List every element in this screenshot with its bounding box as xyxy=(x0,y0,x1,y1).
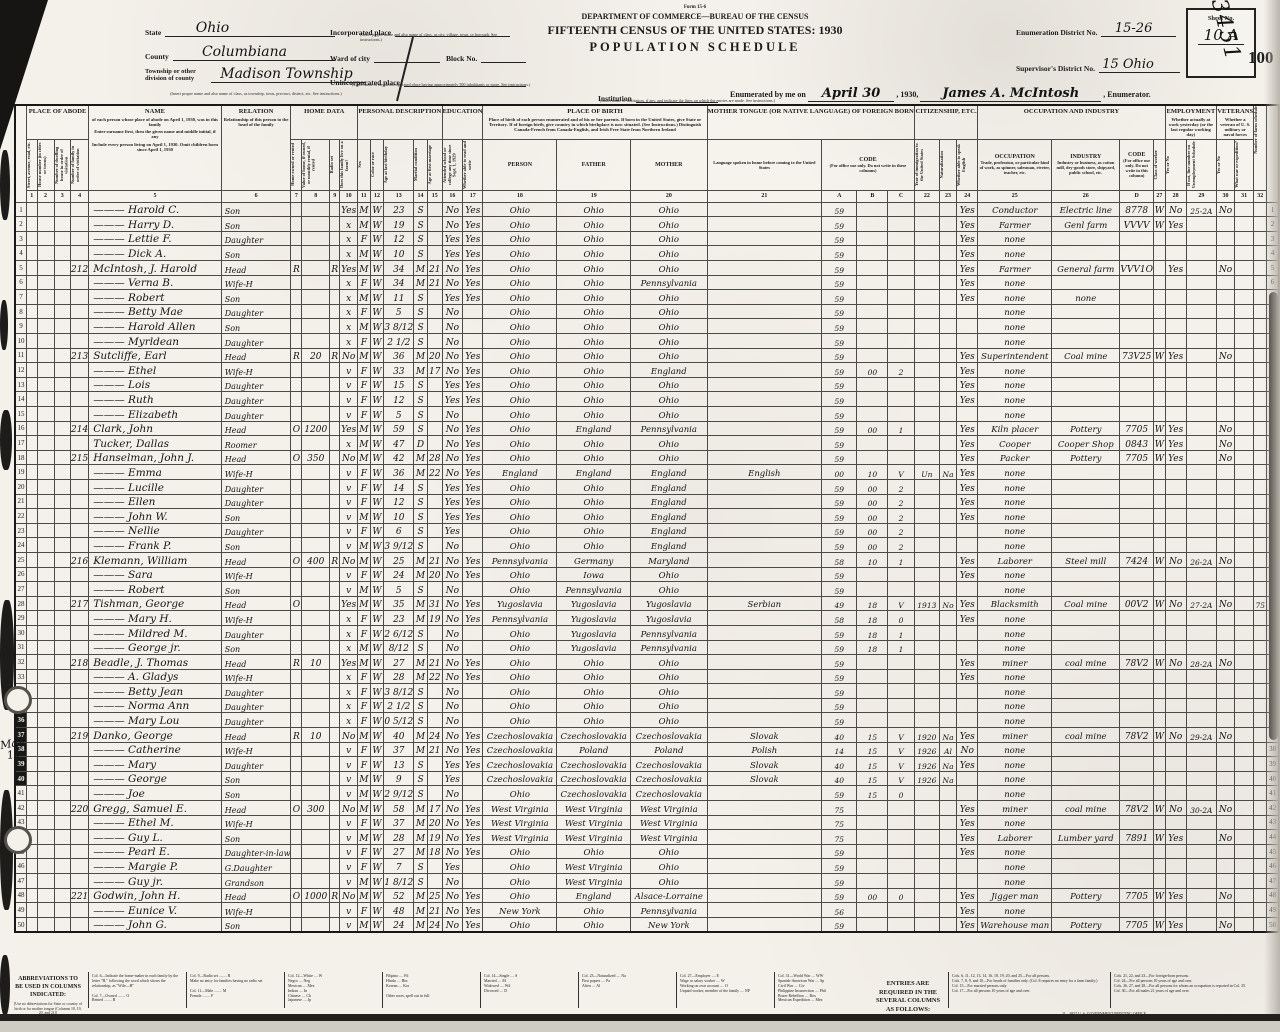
cell-at-work xyxy=(1165,479,1186,494)
cell-language xyxy=(707,523,822,538)
cell-sex: M xyxy=(357,771,370,786)
cell-age-married: 24 xyxy=(427,728,442,743)
census-title: FIFTEENTH CENSUS OF THE UNITED STATES: 1… xyxy=(470,23,920,38)
cell-sex: F xyxy=(357,231,370,246)
cell-home-value xyxy=(302,290,330,305)
cell-war xyxy=(1234,567,1253,582)
cell-marital-condition: M xyxy=(414,742,428,757)
cell-at-work xyxy=(1165,582,1186,597)
cell-birthplace: Ohio xyxy=(483,319,557,334)
cell-age: 36 xyxy=(384,348,414,363)
cell-code-a: 59 xyxy=(822,917,857,932)
cell-industry xyxy=(1052,407,1120,422)
cell-occupation-code: 00V2 xyxy=(1120,596,1154,611)
cell-read-write xyxy=(463,334,483,349)
cell-speaks-english xyxy=(957,859,978,874)
cell-language xyxy=(707,261,822,276)
cell-age: 15 xyxy=(384,377,414,392)
cell-line-number: 28 xyxy=(15,596,26,611)
table-row: 31——— George jr.SonxMW8/12SNoOhioYugosla… xyxy=(15,640,1279,655)
table-row: 43——— Ethel M.Wife-HvFW37M20NoYesWest Vi… xyxy=(15,815,1279,830)
column-number: C xyxy=(888,190,914,202)
cell-owned-rented xyxy=(291,304,302,319)
cell-immigration-year xyxy=(914,348,939,363)
cell-family-number xyxy=(71,625,89,640)
cell-speaks-english: Yes xyxy=(957,465,978,480)
cell-code-a: 59 xyxy=(822,859,857,874)
cell-veteran xyxy=(1217,742,1235,757)
cell-owned-rented xyxy=(291,436,302,451)
cell-occupation-code: 73V25 xyxy=(1120,348,1154,363)
cell-line-number: 14 xyxy=(15,392,26,407)
cell-color-race: W xyxy=(370,786,384,801)
cell-unemployment-line xyxy=(1186,231,1216,246)
scan-edge-shadow xyxy=(1264,0,1280,1032)
cell-marital-condition: S xyxy=(414,771,428,786)
cell-age: 35 xyxy=(384,596,414,611)
cell-veteran: No xyxy=(1217,450,1235,465)
cell-family-number: 220 xyxy=(71,801,89,816)
cell-farm: v xyxy=(340,757,358,772)
enumeration-district-field: Enumeration District No. 15-26 xyxy=(1016,22,1176,37)
cell-house-number xyxy=(37,625,54,640)
cell-color-race: W xyxy=(370,479,384,494)
cell-naturalization xyxy=(939,509,956,524)
cell-industry xyxy=(1052,874,1120,889)
cell-street xyxy=(26,713,37,728)
cell-owned-rented xyxy=(291,684,302,699)
cell-home-value xyxy=(302,392,330,407)
cell-code-c xyxy=(888,567,914,582)
column-header: Whether able to read and write xyxy=(463,139,483,190)
cell-occupation: Blacksmith xyxy=(978,596,1052,611)
cell-street xyxy=(26,392,37,407)
cell-father-birthplace: Ohio xyxy=(557,217,631,232)
cell-age-married xyxy=(427,757,442,772)
cell-occupation-code: 78V2 xyxy=(1120,655,1154,670)
cell-mother-birthplace: Ohio xyxy=(631,261,707,276)
cell-house-number xyxy=(37,392,54,407)
cell-unemployment-line xyxy=(1186,669,1216,684)
cell-radio-set: R xyxy=(330,552,340,567)
cell-mother-birthplace: Poland xyxy=(631,742,707,757)
cell-owned-rented xyxy=(291,815,302,830)
cell-code-c: V xyxy=(888,757,914,772)
cell-read-write xyxy=(463,859,483,874)
cell-at-work: Yes xyxy=(1165,888,1186,903)
cell-father-birthplace: Ohio xyxy=(557,392,631,407)
cell-owned-rented: R xyxy=(291,261,302,276)
cell-farm: Yes xyxy=(340,655,358,670)
cell-house-number xyxy=(37,231,54,246)
cell-war xyxy=(1234,407,1253,422)
cell-read-write xyxy=(463,319,483,334)
cell-naturalization xyxy=(939,479,956,494)
cell-birthplace: West Virginia xyxy=(483,801,557,816)
cell-age-married xyxy=(427,407,442,422)
cell-line-number: 41 xyxy=(15,786,26,801)
cell-naturalization xyxy=(939,567,956,582)
cell-relation: Daughter xyxy=(221,231,291,246)
cell-code-a: 59 xyxy=(822,669,857,684)
cell-age: 42 xyxy=(384,450,414,465)
cell-code-b: 00 xyxy=(857,494,888,509)
cell-speaks-english xyxy=(957,334,978,349)
cell-war xyxy=(1234,334,1253,349)
table-row: 39——— MaryDaughtervFW13SYesYesCzechoslov… xyxy=(15,757,1279,772)
column-header: Class of worker xyxy=(1153,139,1165,190)
cell-occupation-code xyxy=(1120,231,1154,246)
cell-attended-school: No xyxy=(442,275,462,290)
cell-read-write xyxy=(463,698,483,713)
cell-unemployment-line: 28-2A xyxy=(1186,655,1216,670)
cell-code-b xyxy=(857,407,888,422)
cell-occupation-code xyxy=(1120,815,1154,830)
cell-occupation: Cooper xyxy=(978,436,1052,451)
cell-home-value xyxy=(302,625,330,640)
cell-mother-birthplace: Ohio xyxy=(631,844,707,859)
cell-marital-condition: S xyxy=(414,392,428,407)
cell-speaks-english xyxy=(957,771,978,786)
column-number: 13 xyxy=(384,190,414,202)
table-row: 44——— Guy L.SonvMW28M19NoYesWest Virgini… xyxy=(15,830,1279,845)
cell-code-b: 15 xyxy=(857,742,888,757)
cell-occupation: none xyxy=(978,523,1052,538)
cell-age-married xyxy=(427,684,442,699)
cell-naturalization xyxy=(939,494,956,509)
cell-street xyxy=(26,479,37,494)
cell-dwelling-number xyxy=(54,655,71,670)
cell-dwelling-number xyxy=(54,450,71,465)
cell-age: 37 xyxy=(384,815,414,830)
cell-owned-rented: O xyxy=(291,421,302,436)
cell-age-married xyxy=(427,290,442,305)
cell-speaks-english xyxy=(957,582,978,597)
cell-code-b xyxy=(857,903,888,918)
cell-dwelling-number xyxy=(54,523,71,538)
cell-name: ——— Mary Lou xyxy=(89,713,222,728)
cell-street xyxy=(26,246,37,261)
cell-sex: M xyxy=(357,436,370,451)
cell-read-write: Yes xyxy=(463,231,483,246)
cell-father-birthplace: Ohio xyxy=(557,479,631,494)
cell-radio-set xyxy=(330,625,340,640)
cell-marital-condition: S xyxy=(414,334,428,349)
cell-sex: F xyxy=(357,377,370,392)
cell-attended-school: Yes xyxy=(442,859,462,874)
cell-read-write: Yes xyxy=(463,465,483,480)
cell-father-birthplace: Ohio xyxy=(557,231,631,246)
abbreviation-column: Col. 9—Radio set ........ RMake no entry… xyxy=(186,972,280,1008)
cell-farm: x xyxy=(340,713,358,728)
cell-name: ——— Lois xyxy=(89,377,222,392)
cell-mother-birthplace: Ohio xyxy=(631,713,707,728)
column-number: 14 xyxy=(414,190,428,202)
cell-attended-school: Yes xyxy=(442,231,462,246)
cell-war xyxy=(1234,479,1253,494)
cell-dwelling-number xyxy=(54,625,71,640)
cell-at-work: Yes xyxy=(1165,917,1186,932)
cell-occupation-code xyxy=(1120,771,1154,786)
cell-worker-class xyxy=(1153,567,1165,582)
cell-industry xyxy=(1052,786,1120,801)
cell-unemployment-line xyxy=(1186,392,1216,407)
cell-worker-class xyxy=(1153,290,1165,305)
cell-house-number xyxy=(37,582,54,597)
cell-age: 24 xyxy=(384,567,414,582)
cell-language xyxy=(707,392,822,407)
cell-birthplace: West Virginia xyxy=(483,815,557,830)
cell-owned-rented xyxy=(291,231,302,246)
cell-veteran xyxy=(1217,290,1235,305)
cell-mother-birthplace: Pennsylvania xyxy=(631,640,707,655)
cell-dwelling-number xyxy=(54,348,71,363)
cell-attended-school: No xyxy=(442,202,462,217)
cell-radio-set xyxy=(330,801,340,816)
cell-owned-rented xyxy=(291,334,302,349)
cell-age-married xyxy=(427,713,442,728)
cell-birthplace: England xyxy=(483,465,557,480)
cell-color-race: W xyxy=(370,407,384,422)
cell-marital-condition: M xyxy=(414,596,428,611)
cell-code-b xyxy=(857,246,888,261)
cell-family-number xyxy=(71,436,89,451)
cell-code-b: 00 xyxy=(857,538,888,553)
cell-farm: v xyxy=(340,538,358,553)
cell-naturalization: Na xyxy=(939,728,956,743)
cell-sex: F xyxy=(357,684,370,699)
cell-attended-school: No xyxy=(442,436,462,451)
cell-house-number xyxy=(37,217,54,232)
cell-sex: M xyxy=(357,246,370,261)
cell-unemployment-line xyxy=(1186,275,1216,290)
cell-farm: No xyxy=(340,728,358,743)
cell-name: ——— Eunice V. xyxy=(89,903,222,918)
cell-home-value xyxy=(302,377,330,392)
cell-language xyxy=(707,202,822,217)
cell-radio-set xyxy=(330,698,340,713)
cell-age-married: 20 xyxy=(427,567,442,582)
cell-read-write: Yes xyxy=(463,844,483,859)
cell-birthplace: Ohio xyxy=(483,348,557,363)
cell-mother-birthplace: England xyxy=(631,538,707,553)
cell-code-a: 59 xyxy=(822,275,857,290)
cell-line-number: 27 xyxy=(15,582,26,597)
cell-code-c xyxy=(888,202,914,217)
cell-immigration-year xyxy=(914,655,939,670)
cell-code-c xyxy=(888,407,914,422)
cell-dwelling-number xyxy=(54,874,71,889)
cell-speaks-english: Yes xyxy=(957,363,978,378)
cell-color-race: W xyxy=(370,436,384,451)
cell-father-birthplace: Czechoslovakia xyxy=(557,728,631,743)
column-number: 8 xyxy=(302,190,330,202)
cell-line-number: 49 xyxy=(15,903,26,918)
cell-code-a: 59 xyxy=(822,655,857,670)
cell-code-b: 00 xyxy=(857,888,888,903)
column-number: 17 xyxy=(463,190,483,202)
cell-farm: v xyxy=(340,917,358,932)
cell-industry: Pottery xyxy=(1052,888,1120,903)
cell-immigration-year xyxy=(914,640,939,655)
cell-occupation: none xyxy=(978,407,1052,422)
cell-name: ——— Ruth xyxy=(89,392,222,407)
cell-owned-rented: R xyxy=(291,348,302,363)
cell-color-race: W xyxy=(370,377,384,392)
cell-naturalization xyxy=(939,874,956,889)
cell-read-write: Yes xyxy=(463,801,483,816)
cell-code-a: 59 xyxy=(822,684,857,699)
cell-veteran xyxy=(1217,392,1235,407)
cell-mother-birthplace: England xyxy=(631,523,707,538)
cell-worker-class: W xyxy=(1153,450,1165,465)
cell-family-number xyxy=(71,786,89,801)
cell-farm: v xyxy=(340,582,358,597)
cell-house-number xyxy=(37,363,54,378)
column-number: 3 xyxy=(54,190,71,202)
cell-family-number xyxy=(71,319,89,334)
cell-dwelling-number xyxy=(54,231,71,246)
cell-name: ——— Harold Allen xyxy=(89,319,222,334)
cell-farm: v xyxy=(340,771,358,786)
cell-sex: F xyxy=(357,757,370,772)
cell-code-a: 59 xyxy=(822,304,857,319)
cell-industry xyxy=(1052,698,1120,713)
cell-code-a: 59 xyxy=(822,392,857,407)
cell-birthplace: Ohio xyxy=(483,450,557,465)
cell-code-a: 40 xyxy=(822,771,857,786)
cell-code-b xyxy=(857,202,888,217)
cell-occupation-code: VVVV xyxy=(1120,217,1154,232)
cell-speaks-english: No xyxy=(957,742,978,757)
cell-attended-school: No xyxy=(442,888,462,903)
cell-age: 23 xyxy=(384,611,414,626)
cell-age-married xyxy=(427,479,442,494)
cell-occupation-code xyxy=(1120,684,1154,699)
cell-veteran xyxy=(1217,640,1235,655)
cell-birthplace: West Virginia xyxy=(483,830,557,845)
cell-age: 2 6/12 xyxy=(384,625,414,640)
cell-line-number: 6 xyxy=(15,275,26,290)
cell-farm: Yes xyxy=(340,261,358,276)
cell-language xyxy=(707,217,822,232)
cell-name: ——— Mary H. xyxy=(89,611,222,626)
column-group-header: PLACE OF BIRTHPlace of birth of each per… xyxy=(483,105,707,139)
cell-at-work: Yes xyxy=(1165,421,1186,436)
cell-dwelling-number xyxy=(54,319,71,334)
cell-farm: v xyxy=(340,844,358,859)
cell-name: ——— Margie P. xyxy=(89,859,222,874)
cell-at-work xyxy=(1165,669,1186,684)
cell-age-married xyxy=(427,859,442,874)
cell-marital-condition: M xyxy=(414,917,428,932)
cell-marital-condition: D xyxy=(414,436,428,451)
cell-owned-rented xyxy=(291,625,302,640)
cell-line-number: 12 xyxy=(15,363,26,378)
cell-line-number: 36 xyxy=(15,713,26,728)
cell-occupation: Warehouse man xyxy=(978,917,1052,932)
cell-read-write: Yes xyxy=(463,757,483,772)
table-row: 14——— RuthDaughtervFW12SYesYesOhioOhioOh… xyxy=(15,392,1279,407)
cell-code-a: 59 xyxy=(822,494,857,509)
cell-at-work xyxy=(1165,844,1186,859)
cell-code-a: 58 xyxy=(822,611,857,626)
cell-code-c xyxy=(888,669,914,684)
cell-owned-rented xyxy=(291,830,302,845)
cell-read-write xyxy=(463,713,483,728)
cell-industry xyxy=(1052,538,1120,553)
cell-marital-condition: M xyxy=(414,888,428,903)
cell-industry xyxy=(1052,669,1120,684)
cell-occupation: none xyxy=(978,669,1052,684)
cell-father-birthplace: Ohio xyxy=(557,669,631,684)
cell-code-c xyxy=(888,801,914,816)
cell-mother-birthplace: Ohio xyxy=(631,874,707,889)
cell-occupation: none xyxy=(978,815,1052,830)
cell-unemployment-line: 26-2A xyxy=(1186,552,1216,567)
cell-unemployment-line xyxy=(1186,903,1216,918)
cell-at-work xyxy=(1165,407,1186,422)
cell-age: 36 xyxy=(384,465,414,480)
table-row: 26——— SaraWife-HvFW24M20NoYesOhioIowaOhi… xyxy=(15,567,1279,582)
cell-code-a: 56 xyxy=(822,903,857,918)
cell-industry: Coal mine xyxy=(1052,596,1120,611)
cell-radio-set xyxy=(330,844,340,859)
cell-age: 28 xyxy=(384,830,414,845)
cell-radio-set xyxy=(330,757,340,772)
cell-language xyxy=(707,859,822,874)
cell-relation: Wife-H xyxy=(221,815,291,830)
cell-code-a: 75 xyxy=(822,830,857,845)
cell-code-a: 59 xyxy=(822,713,857,728)
cell-birthplace: Ohio xyxy=(483,917,557,932)
cell-mother-birthplace: England xyxy=(631,465,707,480)
cell-age: 34 xyxy=(384,261,414,276)
cell-veteran xyxy=(1217,509,1235,524)
cell-relation: Wife-H xyxy=(221,275,291,290)
cell-relation: Daughter-in-law xyxy=(221,844,291,859)
cell-occupation: miner xyxy=(978,801,1052,816)
cell-street xyxy=(26,261,37,276)
cell-age: 2 1/2 xyxy=(384,334,414,349)
cell-line-number: 29 xyxy=(15,611,26,626)
column-header: Sex xyxy=(357,139,370,190)
table-row: 42220Gregg, Samuel E.HeadO300NoMW58M17No… xyxy=(15,801,1279,816)
cell-farm: v xyxy=(340,523,358,538)
cell-mother-birthplace: Ohio xyxy=(631,567,707,582)
cell-father-birthplace: Ohio xyxy=(557,363,631,378)
cell-owned-rented xyxy=(291,859,302,874)
cell-occupation-code: 7705 xyxy=(1120,888,1154,903)
cell-owned-rented: R xyxy=(291,655,302,670)
cell-attended-school: No xyxy=(442,348,462,363)
cell-language: Serbian xyxy=(707,596,822,611)
cell-industry xyxy=(1052,815,1120,830)
cell-industry xyxy=(1052,640,1120,655)
cell-color-race: W xyxy=(370,465,384,480)
cell-at-work: No xyxy=(1165,552,1186,567)
cell-name: Danko, George xyxy=(89,728,222,743)
cell-farm: x xyxy=(340,611,358,626)
cell-sex: M xyxy=(357,538,370,553)
cell-speaks-english: Yes xyxy=(957,494,978,509)
cell-veteran: No xyxy=(1217,552,1235,567)
cell-mother-birthplace: Ohio xyxy=(631,392,707,407)
cell-occupation: none xyxy=(978,392,1052,407)
cell-code-c xyxy=(888,917,914,932)
cell-code-c: V xyxy=(888,596,914,611)
cell-street xyxy=(26,421,37,436)
